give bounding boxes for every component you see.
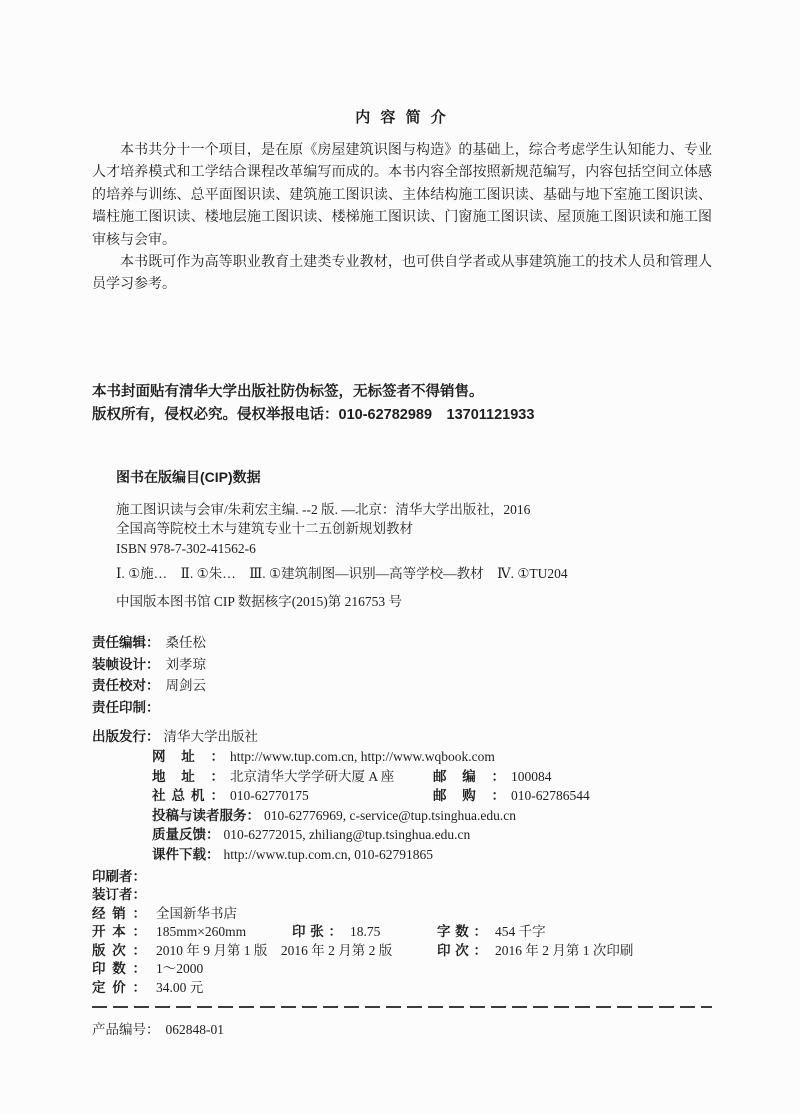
price-label: 定价： <box>92 979 146 998</box>
copies-row: 印数：1～2000 <box>92 960 712 979</box>
print-supervisor-label: 责任印制： <box>92 700 160 715</box>
reader-service-label: 投稿与读者服务： <box>152 808 260 823</box>
switchboard-number: 010-62770175 <box>230 788 309 803</box>
reader-service-row: 投稿与读者服务：010-62776969, c-service@tup.tsin… <box>92 806 712 826</box>
distributor-label: 经销： <box>92 905 146 924</box>
cip-series-line: 全国高等院校土木与建筑专业十二五创新规划教材 <box>116 519 712 539</box>
product-code-label: 产品编号： <box>92 1022 160 1037</box>
cip-classification: Ⅰ. ①施… Ⅱ. ①朱… Ⅲ. ①建筑制图—识别—高等学校—教材 Ⅳ. ①TU… <box>116 564 712 584</box>
binder-row: 装订者： <box>92 886 712 905</box>
mail-order-cell: 邮购：010-62786544 <box>433 786 590 806</box>
publisher-name: 清华大学出版社 <box>164 729 259 744</box>
courseware-label: 课件下载： <box>152 847 220 862</box>
address-label: 地址： <box>152 767 224 787</box>
switchboard-row: 社总机：010-62770175 邮购：010-62786544 <box>92 786 712 806</box>
word-count-label: 字数： <box>437 923 487 942</box>
quality-feedback-row: 质量反馈：010-62772015, zhiliang@tup.tsinghua… <box>92 825 712 845</box>
price-value: 34.00 元 <box>156 980 203 995</box>
cip-title-line: 施工图识读与会审/朱莉宏主编. --2 版. —北京：清华大学出版社，2016 <box>116 500 712 520</box>
zip-label: 邮编： <box>433 767 505 787</box>
reader-service-contact: 010-62776969, c-service@tup.tsinghua.edu… <box>264 808 516 823</box>
dashed-divider <box>92 1006 712 1008</box>
credit-row-designer: 装帧设计：刘孝琼 <box>92 654 712 676</box>
binder-label: 装订者： <box>92 886 146 905</box>
website-row: 网址：http://www.tup.com.cn, http://www.wqb… <box>92 747 712 767</box>
credit-row-proofreader: 责任校对：周剑云 <box>92 675 712 697</box>
cip-data-block: 图书在版编目(CIP)数据 施工图识读与会审/朱莉宏主编. --2 版. —北京… <box>116 467 712 612</box>
mail-order-label: 邮购： <box>433 786 505 806</box>
anti-piracy-line-2: 版权所有，侵权必究。侵权举报电话：010-62782989 1370112193… <box>92 404 712 427</box>
sheets-label: 印张： <box>292 923 342 942</box>
summary-paragraph-2: 本书既可作为高等职业教育土建类专业教材，也可供自学者或从事建筑施工的技术人员和管… <box>92 252 712 297</box>
copies-label: 印数： <box>92 960 146 979</box>
sheets-cell: 印张：18.75 <box>292 923 437 942</box>
product-code-value: 062848-01 <box>166 1022 225 1037</box>
edition-row: 版次：2010 年 9 月第 1 版 2016 年 2 月第 2 版印次：201… <box>92 942 712 961</box>
anti-piracy-line-1: 本书封面贴有清华大学出版社防伪标签，无标签者不得销售。 <box>92 381 712 404</box>
printing-info: 印刷者： 装订者： 经销：全国新华书店 开本：185mm×260mm印张：18.… <box>92 868 712 998</box>
designer-label: 装帧设计： <box>92 657 160 672</box>
product-code-row: 产品编号：062848-01 <box>92 1018 712 1038</box>
publisher-label: 出版发行： <box>92 729 160 744</box>
word-count-value: 454 千字 <box>495 924 546 939</box>
address-value: 北京清华大学学研大厦 A 座 <box>230 769 394 784</box>
content-summary-title: 内 容 简 介 <box>92 108 712 128</box>
address-row: 地址：北京清华大学学研大厦 A 座 邮编：100084 <box>92 767 712 787</box>
designer-name: 刘孝琼 <box>166 657 207 672</box>
edition-cell: 版次：2010 年 9 月第 1 版 2016 年 2 月第 2 版 <box>92 942 437 961</box>
courseware-contact: http://www.tup.com.cn, 010-62791865 <box>224 847 433 862</box>
summary-paragraph-1: 本书共分十一个项目，是在原《房屋建筑识图与构造》的基础上，综合考虑学生认知能力、… <box>92 140 712 252</box>
zip-cell: 邮编：100084 <box>433 767 552 787</box>
switchboard-label: 社总机： <box>152 786 224 806</box>
proofreader-label: 责任校对： <box>92 678 160 693</box>
cip-isbn: ISBN 978-7-302-41562-6 <box>116 539 712 559</box>
price-row: 定价：34.00 元 <box>92 979 712 998</box>
word-count-cell: 字数：454 千字 <box>437 924 546 939</box>
cip-record-number: 中国版本图书馆 CIP 数据核字(2015)第 216753 号 <box>116 592 712 612</box>
format-cell: 开本：185mm×260mm <box>92 923 292 942</box>
editor-name: 桑任松 <box>166 635 207 650</box>
format-row: 开本：185mm×260mm印张：18.75字数：454 千字 <box>92 923 712 942</box>
quality-feedback-label: 质量反馈： <box>152 827 220 842</box>
impression-label: 印次： <box>437 942 487 961</box>
impression-value: 2016 年 2 月第 1 次印刷 <box>495 943 633 958</box>
website-label: 网址： <box>152 747 224 767</box>
credit-row-print-supervisor: 责任印制： <box>92 697 712 719</box>
publishing-info: 出版发行：清华大学出版社 网址：http://www.tup.com.cn, h… <box>92 727 712 864</box>
sheets-value: 18.75 <box>350 924 380 939</box>
copyright-page: 内 容 简 介 本书共分十一个项目，是在原《房屋建筑识图与构造》的基础上，综合考… <box>0 0 800 1114</box>
website-urls: http://www.tup.com.cn, http://www.wqbook… <box>230 749 495 764</box>
format-label: 开本： <box>92 923 146 942</box>
credit-row-editor: 责任编辑：桑任松 <box>92 632 712 654</box>
content-summary: 本书共分十一个项目，是在原《房屋建筑识图与构造》的基础上，综合考虑学生认知能力、… <box>92 140 712 297</box>
format-value: 185mm×260mm <box>156 924 246 939</box>
printer-label: 印刷者： <box>92 868 146 887</box>
zip-value: 100084 <box>511 769 552 784</box>
edition-label: 版次： <box>92 942 146 961</box>
copies-value: 1～2000 <box>156 961 203 976</box>
publisher-row: 出版发行：清华大学出版社 <box>92 727 712 747</box>
mail-order-number: 010-62786544 <box>511 788 590 803</box>
courseware-row: 课件下载：http://www.tup.com.cn, 010-62791865 <box>92 845 712 865</box>
editor-label: 责任编辑： <box>92 635 160 650</box>
impression-cell: 印次：2016 年 2 月第 1 次印刷 <box>437 943 633 958</box>
edition-value: 2010 年 9 月第 1 版 2016 年 2 月第 2 版 <box>156 943 392 958</box>
cip-header: 图书在版编目(CIP)数据 <box>116 467 712 487</box>
editorial-credits: 责任编辑：桑任松 装帧设计：刘孝琼 责任校对：周剑云 责任印制： <box>92 632 712 718</box>
quality-feedback-contact: 010-62772015, zhiliang@tup.tsinghua.edu.… <box>224 827 471 842</box>
anti-piracy-notice: 本书封面贴有清华大学出版社防伪标签，无标签者不得销售。 版权所有，侵权必究。侵权… <box>92 381 712 427</box>
distributor-row: 经销：全国新华书店 <box>92 905 712 924</box>
printer-row: 印刷者： <box>92 868 712 887</box>
distributor-value: 全国新华书店 <box>156 906 237 921</box>
proofreader-name: 周剑云 <box>166 678 207 693</box>
